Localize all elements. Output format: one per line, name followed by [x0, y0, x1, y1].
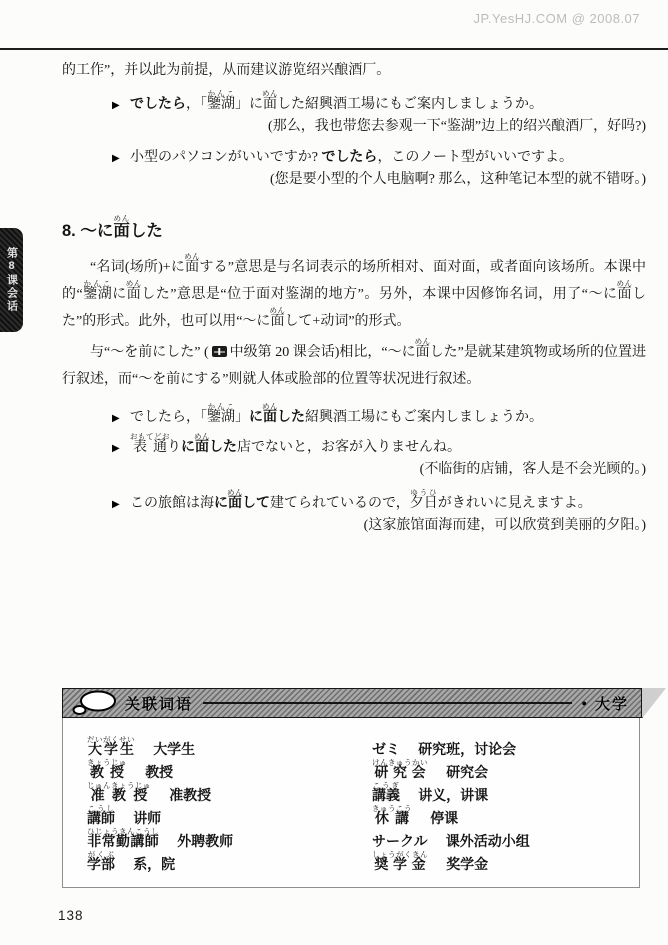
- vocab-gloss-chinese: 奖学金: [446, 854, 488, 874]
- emphasized-text: でしたら: [130, 97, 186, 112]
- text-segment: に: [112, 287, 127, 302]
- text-segment: 8. 〜に: [62, 222, 113, 240]
- text-segment: 面めん: [185, 260, 199, 275]
- text-segment: 面めん: [113, 222, 130, 240]
- example-sentence-text: この旅館は海に面めんして建てられているので，夕日ゆうひがきれいに見えますよ。: [130, 496, 592, 511]
- emphasized-text: した: [209, 440, 237, 455]
- vocab-entry: 休講きゅうこう停课: [372, 805, 625, 828]
- text-segment: した紹興酒工場にもご案内しましょうか。: [277, 97, 543, 112]
- vocab-word-japanese: 研究会けんきゅうかい: [372, 758, 428, 782]
- emphasized-text: して: [242, 496, 270, 511]
- triangle-bullet-icon: ▶: [112, 500, 120, 510]
- emphasized-text: 面めん: [195, 440, 209, 455]
- vocab-word-japanese: 准教授じゅんきょうじゅ: [87, 781, 151, 805]
- text-segment: ，「: [186, 97, 207, 112]
- triangle-bullet-icon: ▶: [112, 444, 120, 454]
- vocab-entry: 教授きょうじゅ教授: [87, 759, 356, 782]
- vocab-word-japanese: 奨学金しょうがくきん: [372, 850, 428, 874]
- vocab-gloss-chinese: 系，院: [133, 854, 175, 874]
- page-fold-decoration: [642, 688, 666, 718]
- text-segment: 」: [235, 410, 249, 425]
- intro-paragraph: 的工作”，并以此为前提，从而建议游览绍兴酿酒厂。: [62, 60, 646, 81]
- text-segment: 」に: [235, 97, 263, 112]
- example-sentence: ▶ 小型のパソコンがいいですか? でしたら，このノート型がいいですよ。: [62, 147, 646, 168]
- text-segment: 小型のパソコンがいいですか?: [130, 150, 321, 165]
- topic-bullet-icon: ●: [582, 698, 587, 708]
- text-segment: 表通おもてどお: [130, 440, 167, 455]
- emphasized-text: でしたら: [321, 150, 377, 165]
- text-segment: 鑒湖かんこ: [207, 410, 235, 425]
- vocab-entry: 大学生だいがくせい大学生: [87, 736, 356, 759]
- vocab-gloss-chinese: 讲义，讲课: [418, 785, 488, 805]
- translation-line: (这家旅馆面海而建，可以欣赏到美丽的夕阳。): [62, 515, 646, 536]
- vocab-entry: 学部がくぶ系，院: [87, 851, 356, 874]
- example-sentence: ▶ 表通おもてどおりに面めんした店でないと，お客が入りませんね。: [62, 432, 646, 458]
- text-segment: して+动词”的形式。: [284, 314, 410, 329]
- vocabulary-column-left: 大学生だいがくせい大学生教授きょうじゅ教授准教授じゅんきょうじゅ准教授講師こうし…: [87, 736, 356, 874]
- example-sentence-text: でしたら，「鑒湖かんこ」に面めんした紹興酒工場にもご案内しましょうか。: [130, 410, 543, 425]
- text-segment: り: [167, 440, 181, 455]
- vocabulary-columns: 大学生だいがくせい大学生教授きょうじゅ教授准教授じゅんきょうじゅ准教授講師こうし…: [87, 736, 625, 874]
- triangle-bullet-icon: ▶: [112, 414, 120, 424]
- book-reference-icon: [212, 346, 227, 357]
- text-segment: がきれいに見えますよ。: [438, 496, 592, 511]
- vocab-entry: 講師こうし讲师: [87, 805, 356, 828]
- section-heading: 8. 〜に面めんした: [62, 214, 646, 244]
- vocabulary-topic: 大学: [595, 693, 629, 714]
- grammar-paragraph: “名词(场所)+に面めんする”意思是与名词表示的场所相对、面对面，或者面向该场所…: [62, 252, 646, 336]
- vocab-entry: ゼミ研究班，讨论会: [372, 736, 625, 759]
- example-sentence-text: でしたら，「鑒湖かんこ」に面めんした紹興酒工場にもご案内しましょうか。: [130, 97, 543, 112]
- vocab-gloss-chinese: 讲师: [133, 808, 161, 828]
- text-segment: ，このノート型がいいですよ。: [377, 150, 573, 165]
- translation-line: (那么，我也带您去参观一下“鉴湖”边上的绍兴酿酒厂，好吗?): [62, 116, 646, 137]
- vocab-gloss-chinese: 教授: [145, 762, 173, 782]
- text-segment: 夕日ゆうひ: [410, 496, 438, 511]
- text-segment: 鑒湖かんこ: [207, 97, 235, 112]
- example-sentence: ▶ でしたら，「鑒湖かんこ」に面めんした紹興酒工場にもご案内しましょうか。: [62, 402, 646, 428]
- text-segment: この旅館は海: [130, 496, 214, 511]
- vocabulary-box-title: 关联词语: [125, 693, 193, 714]
- text-segment: “名词(场所)+に: [90, 260, 185, 275]
- band-divider-line: [203, 702, 572, 704]
- text-segment: 与“〜を前にした” (: [90, 345, 209, 360]
- emphasized-text: 面めん: [228, 496, 242, 511]
- text-segment: 紹興酒工場にもご案内しましょうか。: [305, 410, 543, 425]
- vocab-word-japanese: 学部がくぶ: [87, 850, 115, 874]
- vocab-word-japanese: 講義こうぎ: [372, 781, 400, 805]
- vocabulary-box-header: 关联词语 ● 大学: [62, 688, 642, 718]
- vocab-entry: 准教授じゅんきょうじゅ准教授: [87, 782, 356, 805]
- example-sentence-text: 小型のパソコンがいいですか? でしたら，このノート型がいいですよ。: [130, 150, 573, 165]
- text-segment: 中级第 20 课会话)相比，“〜に: [230, 345, 416, 360]
- vocab-word-japanese: 休講きゅうこう: [372, 804, 412, 828]
- vocab-entry: 奨学金しょうがくきん奖学金: [372, 851, 625, 874]
- textbook-page: { "watermark": "JP.YesHJ.COM @ 2008.07",…: [0, 0, 668, 945]
- vocab-entry: 講義こうぎ讲义，讲课: [372, 782, 625, 805]
- example-sentence-text: 表通おもてどおりに面めんした店でないと，お客が入りませんね。: [130, 440, 461, 455]
- speech-bubble-icon: [71, 690, 117, 716]
- text-segment: 面めん: [416, 345, 430, 360]
- emphasized-text: した: [277, 410, 305, 425]
- main-content: 的工作”，并以此为前提，从而建议游览绍兴酿酒厂。 ▶ でしたら，「鑒湖かんこ」に…: [62, 60, 646, 536]
- vocab-entry: 研究会けんきゅうかい研究会: [372, 759, 625, 782]
- text-segment: 店でないと，お客が入りませんね。: [237, 440, 461, 455]
- emphasized-text: に: [249, 410, 263, 425]
- triangle-bullet-icon: ▶: [112, 154, 120, 164]
- text-segment: 面めん: [270, 314, 284, 329]
- text-segment: でしたら，「: [130, 410, 207, 425]
- text-segment: 面めん: [263, 97, 277, 112]
- vocab-word-japanese: ゼミ: [372, 739, 400, 759]
- vocab-gloss-chinese: 大学生: [153, 739, 195, 759]
- vocab-entry: サークル课外活动小组: [372, 828, 625, 851]
- vocab-gloss-chinese: 停课: [430, 808, 458, 828]
- emphasized-text: に: [214, 496, 228, 511]
- grammar-paragraph: 与“〜を前にした” (中级第 20 课会话)相比，“〜に面めんした”是就某建筑物…: [62, 337, 646, 394]
- text-segment: 面めん: [618, 287, 632, 302]
- related-vocabulary-box: 关联词语 ● 大学 大学生だいがくせい大学生教授きょうじゅ教授准教授じゅんきょう…: [62, 688, 640, 888]
- page-number: 138: [58, 908, 84, 923]
- vocab-word-japanese: 講師こうし: [87, 804, 115, 828]
- text-segment: 鑒湖かんこ: [83, 287, 113, 302]
- vocab-word-japanese: 教授きょうじゅ: [87, 758, 127, 782]
- vocab-gloss-chinese: 研究会: [446, 762, 488, 782]
- vocab-entry: 非常勤講師ひじょうきんこうし外聘教师: [87, 828, 356, 851]
- vocab-gloss-chinese: 准教授: [169, 785, 211, 805]
- vocabulary-column-right: ゼミ研究班，讨论会研究会けんきゅうかい研究会講義こうぎ讲义，讲课休講きゅうこう停…: [356, 736, 625, 874]
- text-segment: 面めん: [127, 287, 141, 302]
- example-sentence: ▶ でしたら，「鑒湖かんこ」に面めんした紹興酒工場にもご案内しましょうか。: [62, 89, 646, 115]
- emphasized-text: 面めん: [263, 410, 277, 425]
- vocab-gloss-chinese: 外聘教师: [177, 831, 233, 851]
- lesson-side-tab-label: 第8课会话: [4, 247, 20, 313]
- vocab-word-japanese: 非常勤講師ひじょうきんこうし: [87, 827, 159, 851]
- text-segment: した: [130, 222, 163, 240]
- lesson-side-tab: 第8课会话: [0, 228, 23, 332]
- triangle-bullet-icon: ▶: [112, 101, 120, 111]
- vocab-word-japanese: 大学生だいがくせい: [87, 735, 135, 759]
- site-watermark: JP.YesHJ.COM @ 2008.07: [473, 11, 640, 26]
- vocab-gloss-chinese: 研究班，讨论会: [418, 739, 516, 759]
- translation-line: (您是要小型的个人电脑啊? 那么，这种笔记本型的就不错呀。): [62, 169, 646, 190]
- text-segment: した”意思是“位于面对鉴湖的地方”。另外，本课中因修饰名词，用了“〜に: [141, 287, 618, 302]
- top-rule: [0, 48, 668, 50]
- vocab-gloss-chinese: 课外活动小组: [446, 831, 530, 851]
- vocab-word-japanese: サークル: [372, 831, 428, 851]
- text-segment: 建てられているので，: [270, 496, 410, 511]
- example-sentence: ▶ この旅館は海に面めんして建てられているので，夕日ゆうひがきれいに見えますよ。: [62, 488, 646, 514]
- translation-line: (不临街的店铺，客人是不会光顾的。): [62, 459, 646, 480]
- emphasized-text: に: [181, 440, 195, 455]
